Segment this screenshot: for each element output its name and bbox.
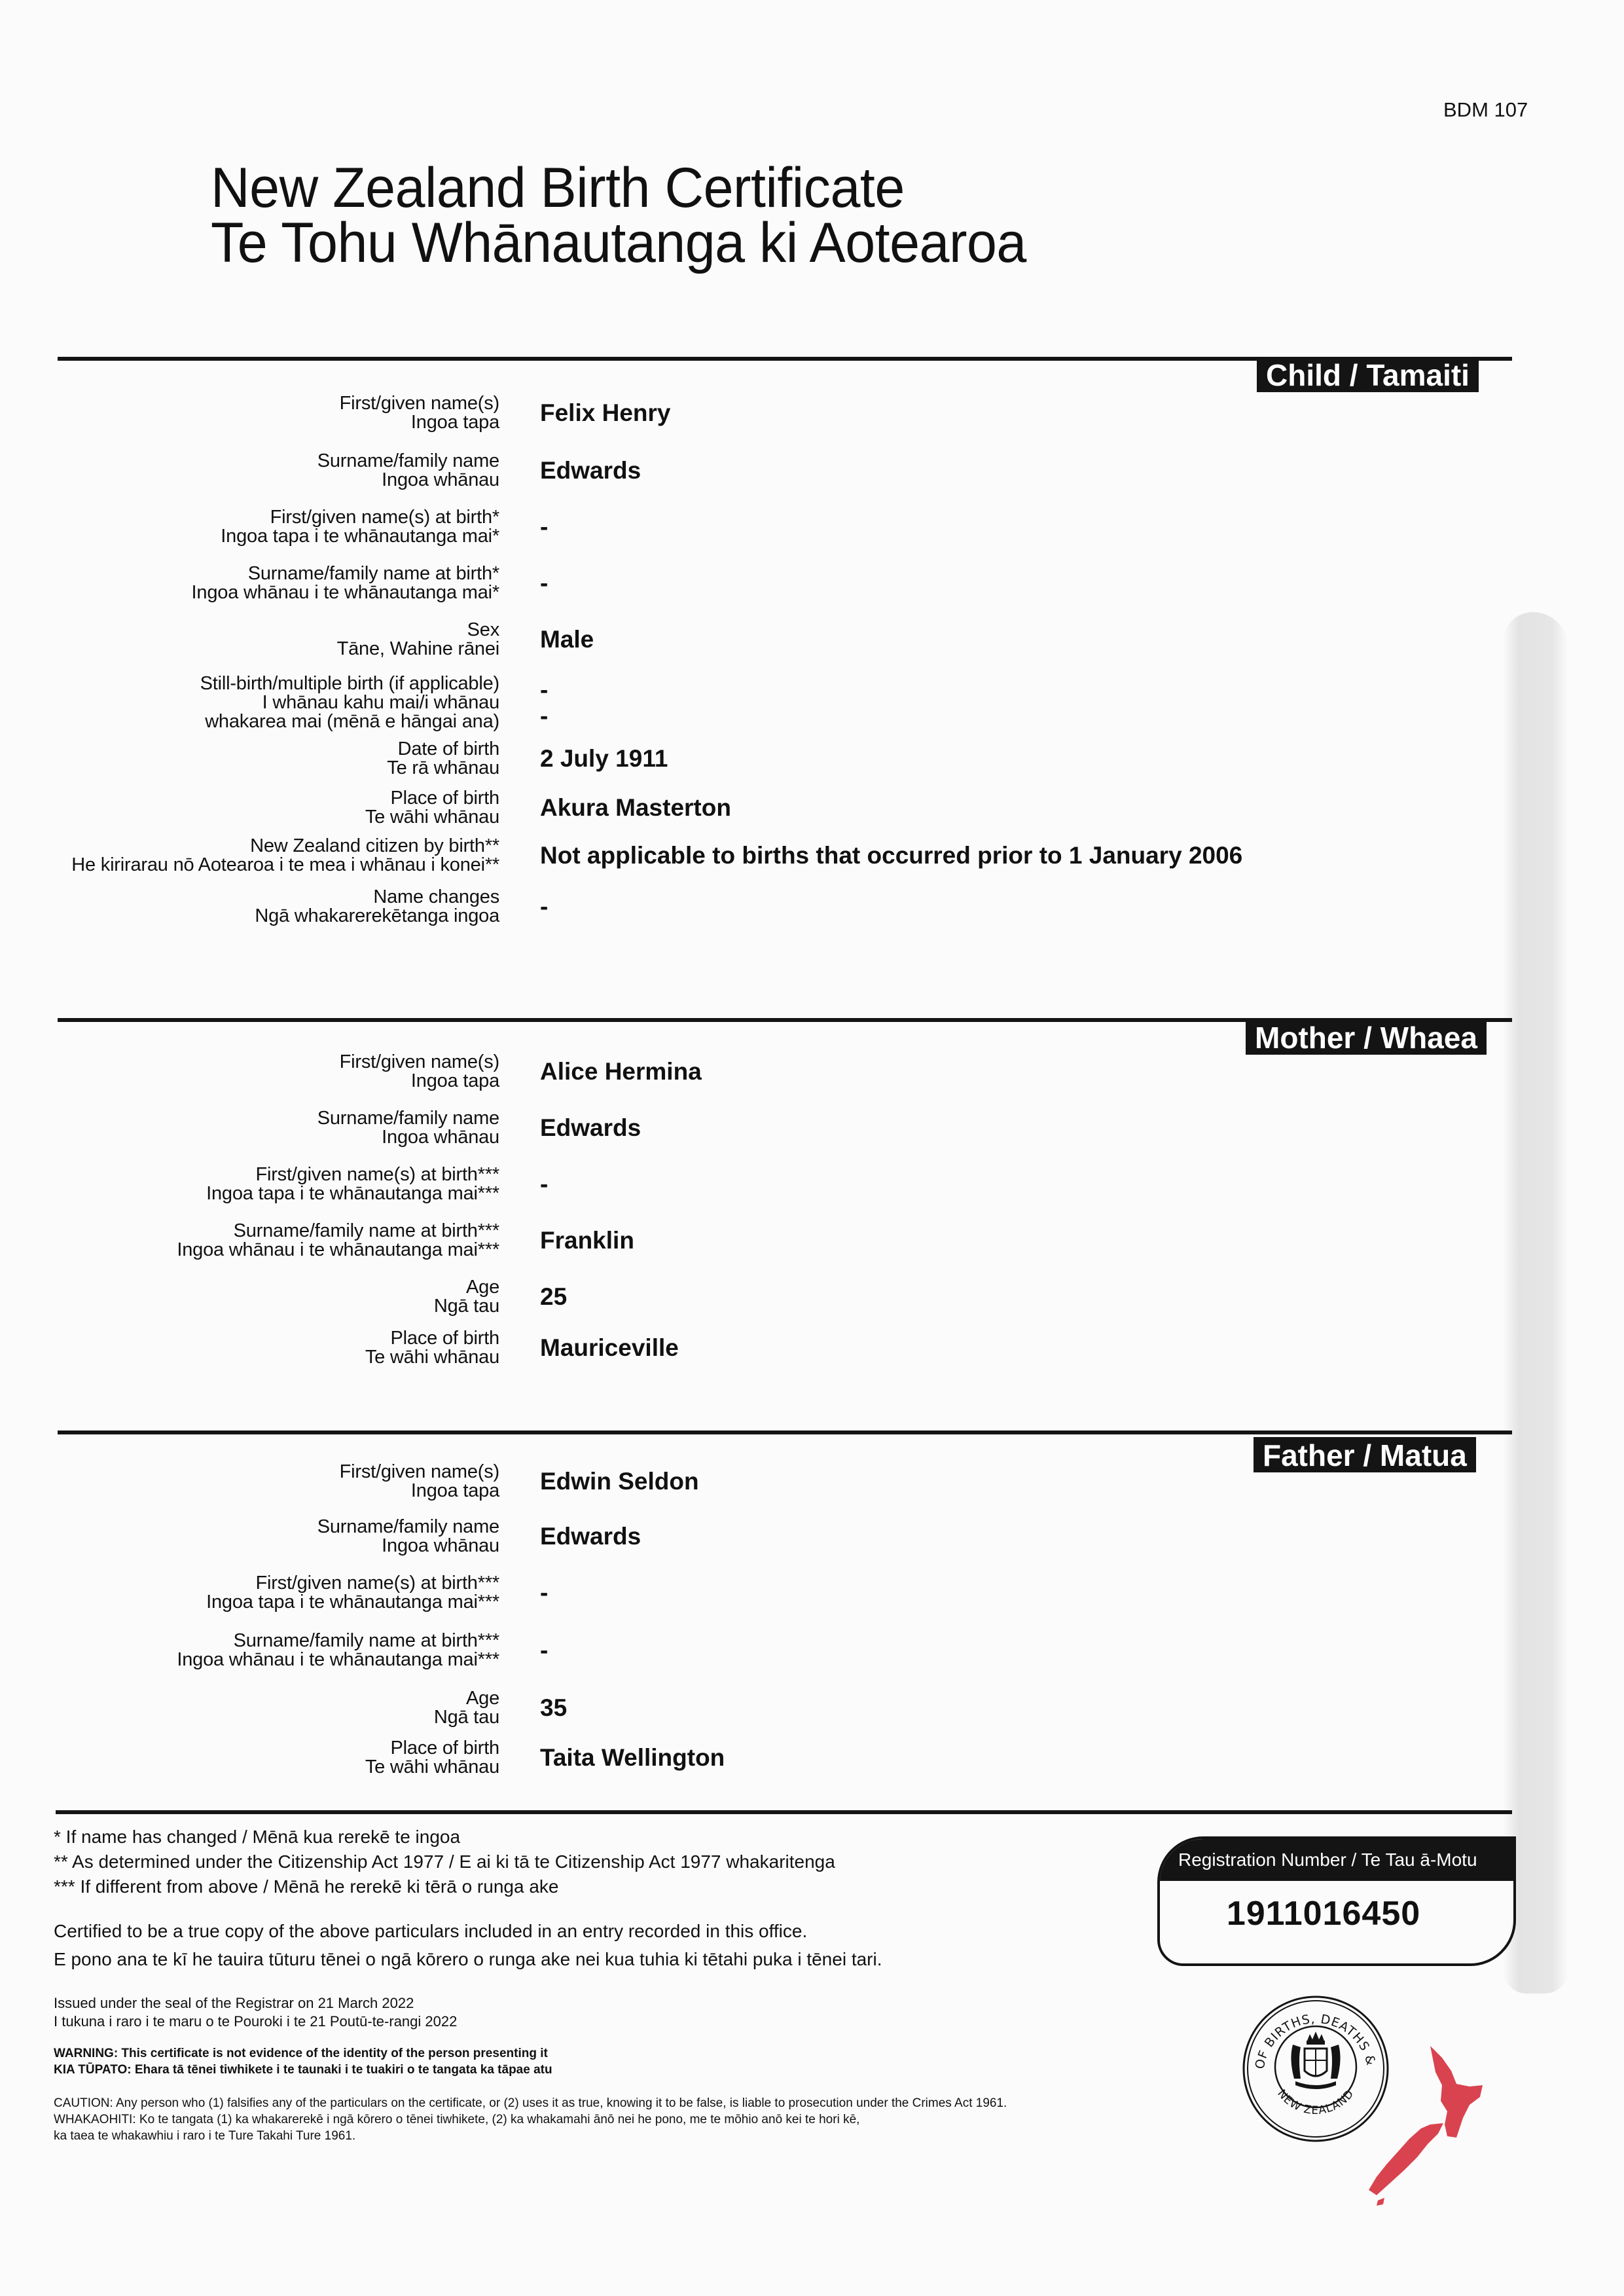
value-text: - — [540, 1637, 548, 1664]
field-value: - — [540, 1171, 548, 1197]
label-english: Age — [52, 1278, 499, 1297]
field-label: New Zealand citizen by birth**He kirirar… — [52, 837, 499, 875]
issued-english: Issued under the seal of the Registrar o… — [54, 1994, 457, 2013]
footnotes: * If name has changed / Mēnā kua rerekē … — [54, 1825, 835, 1899]
label-maori: I whānau kahu mai/i whānau — [52, 693, 499, 712]
footnote: ** As determined under the Citizenship A… — [54, 1850, 835, 1874]
label-maori: Ingoa tapa — [52, 413, 499, 432]
label-maori: Ngā tau — [52, 1708, 499, 1727]
field-label: AgeNgā tau — [52, 1278, 499, 1316]
label-maori: Ingoa whānau — [52, 1537, 499, 1556]
value-text: - — [540, 514, 548, 540]
certification: Certified to be a true copy of the above… — [54, 1917, 882, 1973]
field-row: First/given name(s) at birth***Ingoa tap… — [52, 1165, 1362, 1203]
issued-statement: Issued under the seal of the Registrar o… — [54, 1994, 457, 2031]
svg-text:REGISTRAR OF BIRTHS, DEATHS &: REGISTRAR OF BIRTHS, DEATHS & MARRIAGES — [1240, 1994, 1379, 2075]
certification-maori: E pono ana te kī he tauira tūturu tēnei … — [54, 1945, 882, 1973]
value-text: - — [540, 1580, 548, 1606]
field-value: Taita Wellington — [540, 1745, 725, 1771]
field-value: Akura Masterton — [540, 795, 731, 821]
field-label: Surname/family nameIngoa whānau — [52, 1109, 499, 1147]
label-english: Place of birth — [52, 1329, 499, 1348]
warning-english: WARNING: This certificate is not evidenc… — [54, 2045, 552, 2062]
field-value: - — [540, 570, 548, 596]
registration-number: 1911016450 — [1160, 1881, 1513, 1946]
field-value: Felix Henry — [540, 400, 670, 426]
field-label: First/given name(s)Ingoa tapa — [52, 1463, 499, 1501]
label-english: Surname/family name — [52, 1518, 499, 1537]
field-label: Surname/family name at birth*Ingoa whāna… — [52, 564, 499, 602]
label-maori: Ingoa tapa i te whānautanga mai* — [52, 527, 499, 546]
field-label: Surname/family name at birth***Ingoa whā… — [52, 1631, 499, 1669]
field-value: - — [540, 514, 548, 540]
field-row: First/given name(s) at birth***Ingoa tap… — [52, 1574, 1362, 1612]
field-label: First/given name(s)Ingoa tapa — [52, 394, 499, 432]
field-label: Still-birth/multiple birth (if applicabl… — [52, 674, 499, 731]
label-maori: Ingoa whānau i te whānautanga mai*** — [52, 1650, 499, 1669]
field-label: AgeNgā tau — [52, 1689, 499, 1727]
label-english: First/given name(s) at birth*** — [52, 1574, 499, 1593]
value-text: - — [540, 894, 548, 920]
section-tag-mother: Mother / Whaea — [1246, 1019, 1487, 1055]
field-row: Place of birthTe wāhi whānauAkura Master… — [52, 789, 1362, 827]
new-zealand-map-icon — [1365, 2046, 1506, 2210]
label-maori: Ingoa whānau i te whānautanga mai*** — [52, 1241, 499, 1260]
value-text: Edwin Seldon — [540, 1468, 699, 1495]
label-english: Place of birth — [52, 1739, 499, 1758]
value-text: Alice Hermina — [540, 1059, 702, 1085]
label-maori: Ingoa tapa — [52, 1072, 499, 1091]
label-english: First/given name(s) at birth* — [52, 508, 499, 527]
warning-maori: KIA TŪPATO: Ehara tā tēnei tiwhikete i t… — [54, 2062, 552, 2078]
certification-english: Certified to be a true copy of the above… — [54, 1917, 882, 1945]
value-text: Taita Wellington — [540, 1745, 725, 1771]
label-english: First/given name(s) — [52, 1463, 499, 1482]
field-value: 2 July 1911 — [540, 746, 668, 772]
value-text: Not applicable to births that occurred p… — [540, 843, 1242, 869]
field-value: Edwin Seldon — [540, 1468, 699, 1495]
field-row: First/given name(s)Ingoa tapaFelix Henry — [52, 394, 1362, 432]
label-english: Surname/family name at birth*** — [52, 1222, 499, 1241]
field-label: Surname/family name at birth***Ingoa whā… — [52, 1222, 499, 1260]
field-row: Still-birth/multiple birth (if applicabl… — [52, 674, 1362, 731]
label-english: New Zealand citizen by birth** — [52, 837, 499, 856]
label-maori: Ingoa whānau — [52, 471, 499, 490]
value-text: Edwards — [540, 458, 641, 484]
field-value: - — [540, 894, 548, 920]
field-label: First/given name(s) at birth***Ingoa tap… — [52, 1574, 499, 1612]
label-english: Age — [52, 1689, 499, 1708]
label-english: Surname/family name at birth* — [52, 564, 499, 583]
label-english: Surname/family name at birth*** — [52, 1631, 499, 1650]
field-label: SexTāne, Wahine rānei — [52, 621, 499, 659]
value-text: 25 — [540, 1284, 567, 1310]
value-text: - — [540, 570, 548, 596]
field-row: New Zealand citizen by birth**He kirirar… — [52, 837, 1362, 875]
field-value: 25 — [540, 1284, 567, 1310]
registration-label: Registration Number / Te Tau ā-Motu — [1160, 1839, 1513, 1881]
field-row: Date of birthTe rā whānau2 July 1911 — [52, 740, 1362, 778]
label-english: Surname/family name — [52, 452, 499, 471]
value-text: Edwards — [540, 1523, 641, 1550]
label-english: Date of birth — [52, 740, 499, 759]
section-divider — [56, 1810, 1512, 1814]
field-row: Surname/family nameIngoa whānauEdwards — [52, 1109, 1362, 1147]
field-label: First/given name(s) at birth***Ingoa tap… — [52, 1165, 499, 1203]
scan-shadow — [1503, 612, 1568, 1994]
label-english: Still-birth/multiple birth (if applicabl… — [52, 674, 499, 693]
field-label: Surname/family nameIngoa whānau — [52, 452, 499, 490]
label-maori: Ngā whakarerekētanga ingoa — [52, 907, 499, 926]
caution-statement: CAUTION: Any person who (1) falsifies an… — [54, 2095, 1007, 2144]
field-row: AgeNgā tau35 — [52, 1689, 1362, 1727]
field-row: First/given name(s)Ingoa tapaAlice Hermi… — [52, 1053, 1362, 1091]
section-tag-child: Child / Tamaiti — [1257, 357, 1479, 392]
label-english: Surname/family name — [52, 1109, 499, 1128]
footnote: *** If different from above / Mēnā he re… — [54, 1874, 835, 1899]
label-maori: Te rā whānau — [52, 759, 499, 778]
value-text: Felix Henry — [540, 400, 670, 426]
issued-maori: I tukuna i raro i te maru o te Pouroki i… — [54, 2013, 457, 2031]
field-value: 35 — [540, 1695, 567, 1721]
field-label: First/given name(s)Ingoa tapa — [52, 1053, 499, 1091]
caution-line: CAUTION: Any person who (1) falsifies an… — [54, 2095, 1007, 2111]
label-english: Sex — [52, 621, 499, 640]
field-row: AgeNgā tau25 — [52, 1278, 1362, 1316]
field-row: Place of birthTe wāhi whānauMauriceville — [52, 1329, 1362, 1367]
value-text: 35 — [540, 1695, 567, 1721]
field-value: - — [540, 1637, 548, 1664]
value-text: - — [540, 703, 548, 729]
label-maori: Tāne, Wahine rānei — [52, 640, 499, 659]
registration-number-box: Registration Number / Te Tau ā-Motu 1911… — [1157, 1836, 1516, 1966]
value-text: Edwards — [540, 1115, 641, 1141]
field-value: -- — [540, 677, 548, 729]
field-label: Place of birthTe wāhi whānau — [52, 1329, 499, 1367]
page-title: New Zealand Birth Certificate Te Tohu Wh… — [211, 160, 1026, 270]
label-english: Name changes — [52, 888, 499, 907]
label-english: First/given name(s) at birth*** — [52, 1165, 499, 1184]
field-row: Surname/family name at birth***Ingoa whā… — [52, 1222, 1362, 1260]
field-label: Surname/family nameIngoa whānau — [52, 1518, 499, 1556]
value-text: Akura Masterton — [540, 795, 731, 821]
field-row: Surname/family name at birth*Ingoa whāna… — [52, 564, 1362, 602]
warning-statement: WARNING: This certificate is not evidenc… — [54, 2045, 552, 2078]
field-label: Place of birthTe wāhi whānau — [52, 789, 499, 827]
value-text: Mauriceville — [540, 1335, 679, 1361]
field-row: Surname/family nameIngoa whānauEdwards — [52, 1518, 1362, 1556]
label-maori: Te wāhi whānau — [52, 1758, 499, 1777]
label-maori: Ngā tau — [52, 1297, 499, 1316]
value-text: 2 July 1911 — [540, 746, 668, 772]
label-english: First/given name(s) — [52, 394, 499, 413]
field-value: Franklin — [540, 1228, 634, 1254]
caution-line: WHAKAOHITI: Ko te tangata (1) ka whakare… — [54, 2111, 1007, 2128]
field-row: Surname/family name at birth***Ingoa whā… — [52, 1631, 1362, 1669]
field-row: SexTāne, Wahine rāneiMale — [52, 621, 1362, 659]
label-maori: Te wāhi whānau — [52, 1348, 499, 1367]
value-text: Male — [540, 627, 594, 653]
label-maori: Ingoa tapa i te whānautanga mai*** — [52, 1593, 499, 1612]
value-text: Franklin — [540, 1228, 634, 1254]
title-english: New Zealand Birth Certificate — [211, 160, 1026, 215]
field-value: Male — [540, 627, 594, 653]
field-row: First/given name(s)Ingoa tapaEdwin Seldo… — [52, 1463, 1362, 1501]
field-value: Alice Hermina — [540, 1059, 702, 1085]
section-divider — [58, 1430, 1512, 1434]
field-value: - — [540, 1580, 548, 1606]
label-maori: He kirirarau nō Aotearoa i te mea i whān… — [52, 856, 499, 875]
caution-line: ka taea te whakawhiu i raro i te Ture Ta… — [54, 2128, 1007, 2144]
value-text: - — [540, 677, 548, 703]
field-label: Date of birthTe rā whānau — [52, 740, 499, 778]
field-row: Surname/family nameIngoa whānauEdwards — [52, 452, 1362, 490]
label-maori: Te wāhi whānau — [52, 808, 499, 827]
label-english: Place of birth — [52, 789, 499, 808]
form-code: BDM 107 — [1443, 98, 1528, 122]
field-value: Edwards — [540, 458, 641, 484]
label-maori: Ingoa tapa i te whānautanga mai*** — [52, 1184, 499, 1203]
svg-text:NEW ZEALAND: NEW ZEALAND — [1274, 2087, 1356, 2117]
field-row: Place of birthTe wāhi whānauTaita Wellin… — [52, 1739, 1362, 1777]
field-value: Not applicable to births that occurred p… — [540, 843, 1242, 869]
field-value: Edwards — [540, 1523, 641, 1550]
field-label: Name changesNgā whakarerekētanga ingoa — [52, 888, 499, 926]
field-value: Edwards — [540, 1115, 641, 1141]
label-maori: Ingoa tapa — [52, 1482, 499, 1501]
field-value: Mauriceville — [540, 1335, 679, 1361]
field-label: First/given name(s) at birth*Ingoa tapa … — [52, 508, 499, 546]
value-text: - — [540, 1171, 548, 1197]
field-row: First/given name(s) at birth*Ingoa tapa … — [52, 508, 1362, 546]
label-maori: whakarea mai (mēnā e hāngai ana) — [52, 712, 499, 731]
field-row: Name changesNgā whakarerekētanga ingoa- — [52, 888, 1362, 926]
footnote: * If name has changed / Mēnā kua rerekē … — [54, 1825, 835, 1850]
label-maori: Ingoa whānau i te whānautanga mai* — [52, 583, 499, 602]
label-maori: Ingoa whānau — [52, 1128, 499, 1147]
label-english: First/given name(s) — [52, 1053, 499, 1072]
title-maori: Te Tohu Whānautanga ki Aotearoa — [211, 215, 1026, 270]
field-label: Place of birthTe wāhi whānau — [52, 1739, 499, 1777]
